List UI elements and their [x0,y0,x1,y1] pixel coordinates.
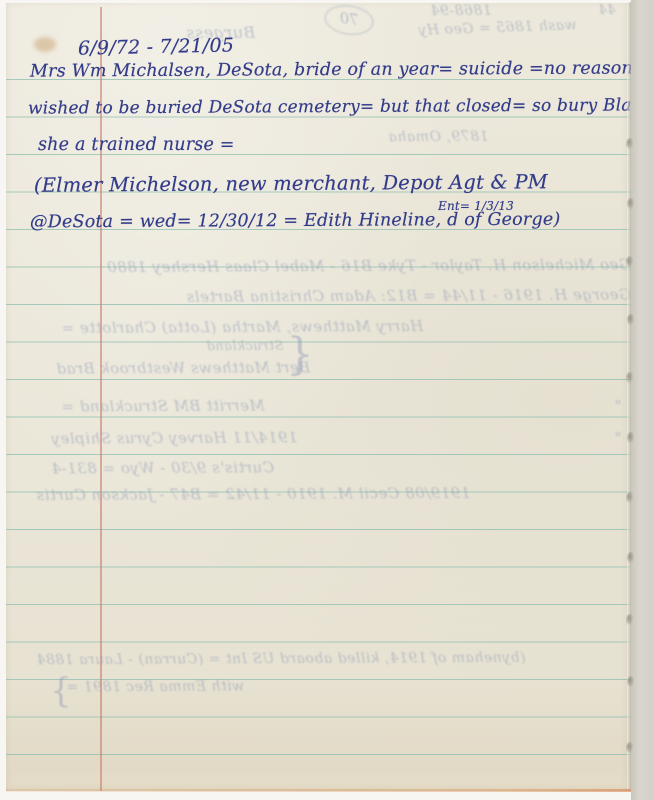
bleedthrough-line: 1914/11 Harvey Cyrus Shipley [51,428,298,447]
bleedthrough-ditto-mark: " [614,397,622,415]
page-edge-strip [631,0,654,800]
stitch-bump [626,256,633,267]
header-date: 6/9/72 - 7/21/05 [78,34,235,59]
bleedthrough-ditto-mark: " [614,429,622,447]
bleedthrough-line: 44 [598,3,616,18]
bleedthrough-line: Merritt BM Struckland = [61,396,265,415]
bleedthrough-line: 1879, Omaha [388,129,489,146]
paper-sheet: 70 1868-94 wash 1865 = Geo Hy Burgess 44… [6,3,631,791]
stitch-bump [627,432,634,443]
bleedthrough-line: Harry Matthews, Martha (Lotta) Charlotte… [61,317,423,337]
bleedthrough-line: Curtis's 9/30 - Wyo = 831-4 [51,458,274,477]
bleedthrough-line: 1868-94 [430,3,492,19]
stitch-bump [627,552,634,563]
bleedthrough-line: George H. 1916 - 11/44 = B12: Adam Chris… [46,285,631,306]
handwriting-line: wished to be buried DeSota cemetery= but… [28,95,646,118]
bleedthrough-line: with Emma Rec 1891 = [66,679,244,696]
bleedthrough-line: (byneham of 1914, killed aboard US Int =… [36,650,526,669]
bleedthrough-line: Struckland [206,339,284,354]
bleedthrough-line: 1919/08 Cecil M. 1910 - 11/42 = B47 - Ja… [36,484,470,504]
handwriting-line: (Elmer Michelson, new merchant, Depot Ag… [34,170,548,197]
paper-stain [34,37,56,52]
stitch-bump [626,742,633,753]
stitch-bump [626,138,633,149]
scan-bottom-edge [6,789,631,792]
scanned-notebook-page: 70 1868-94 wash 1865 = Geo Hy Burgess 44… [0,0,654,800]
bleedthrough-line: Geo Michelson H. Taylor - Tyke B16 - Mab… [46,255,631,276]
handwriting-line: she a trained nurse = [38,135,235,155]
stitch-bump [627,676,634,687]
bleedthrough-line: wash 1865 = Geo Hy [418,17,577,39]
bleedthrough-line: Bert Matthews Westbrook Brad [56,358,310,377]
page-edge-highlight [627,2,631,790]
stitch-bump [626,614,633,625]
stitch-bump [626,372,633,383]
bleedthrough-page-number-stamp: 70 [322,2,376,39]
handwriting-line: Mrs Wm Michalsen, DeSota, bride of an ye… [30,58,639,81]
stitch-bump [627,314,634,325]
stitch-bump [627,198,634,209]
stitch-bump [626,492,633,503]
handwriting-line: @DeSota = wed= 12/30/12 = Edith Hineline… [30,210,561,233]
